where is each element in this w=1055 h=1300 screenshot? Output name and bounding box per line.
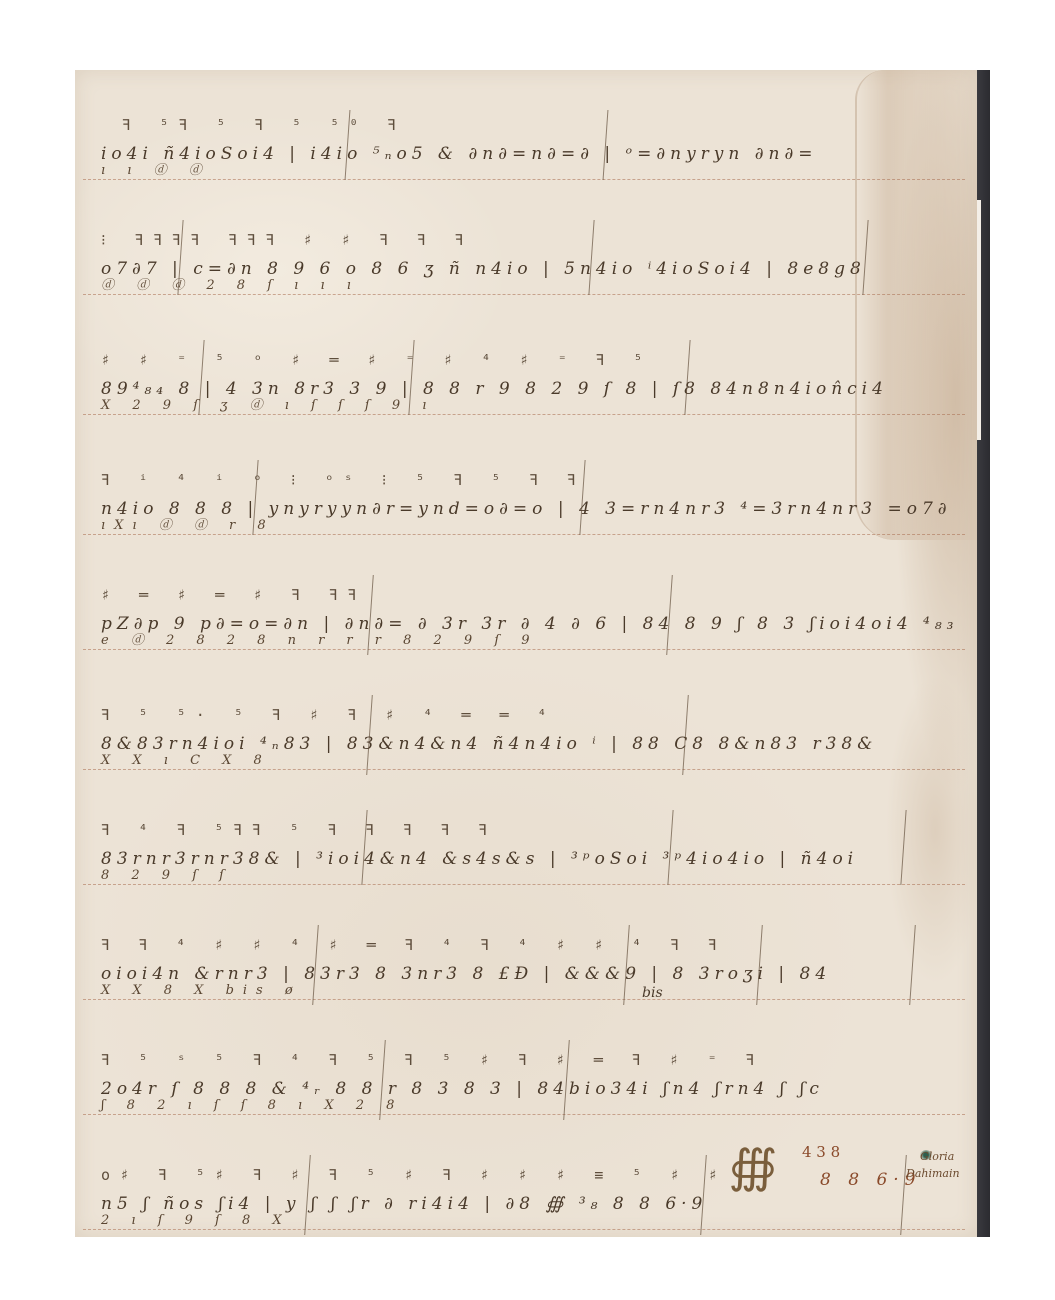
lower-voice-signs: X X ı C X 8 (101, 753, 271, 768)
tablature-system-9: ꟻ ⁵ ˢ ⁵ ꟻ ⁴ ꟻ ⁵ ꟻ ⁵ ♯ ꟻ ♯ ═ ꟻ ♯ ⁼ ꟻ 2o4r… (75, 1015, 977, 1115)
rhythm-signs: ♯ ♯ ⁼ ⁵ ᵒ ♯ ═ ♯ ⁼ ♯ ⁴ ♯ ⁼ ꟻ ⁵ (101, 351, 653, 369)
system-rule (83, 414, 965, 415)
system-rule (83, 534, 965, 535)
scan-edge-gap (977, 200, 981, 440)
lower-voice-signs: X 2 9 ſ ʒ ⓓ ı ſ ſ ſ 9 ı (101, 394, 435, 413)
final-flourish-icon: ∰ (718, 1135, 780, 1197)
tablature-system-8: ꟻ ꟻ ⁴ ♯ ♯ ⁴ ♯ ═ ꟻ ⁴ ꟻ ⁴ ♯ ♯ ⁴ ꟻ ꟻ oioi4n… (75, 900, 977, 1000)
tablature-system-3: ♯ ♯ ⁼ ⁵ ᵒ ♯ ═ ♯ ⁼ ♯ ⁴ ♯ ⁼ ꟻ ⁵ 89⁴₈₄ 8 | … (75, 315, 977, 415)
system-rule (83, 884, 965, 885)
rhythm-signs: ♯ ═ ♯ ═ ♯ ꟻ ꟻꟻ (101, 586, 366, 604)
rhythm-signs: ꟻ ⁵ ˢ ⁵ ꟻ ⁴ ꟻ ⁵ ꟻ ⁵ ♯ ꟻ ♯ ═ ꟻ ♯ ⁼ ꟻ (101, 1051, 764, 1069)
rhythm-signs: ⠀ꟻ ⁵ꟻ ⁵ ꟻ ⁵ ⁵⁰ ꟻ (101, 116, 406, 134)
tablature-systems: ⠀ꟻ ⁵ꟻ ⁵ ꟻ ⁵ ⁵⁰ ꟻ io4i ñ4ioSoi4 | i4io ⁵ₙ… (75, 70, 977, 1237)
scan-edge-strip (977, 70, 990, 1237)
system-rule (83, 769, 965, 770)
lower-voice-signs: ʃ 8 2 ı ſ ſ 8 ı X 2 8 (101, 1098, 403, 1113)
system-rule (83, 1114, 965, 1115)
rhythm-signs: ꟻ ⁴ ꟻ ⁵ꟻꟻ ⁵ ꟻ ꟻ ꟻ ꟻ ꟻ (101, 821, 497, 839)
barline (667, 810, 673, 885)
bis-repeat-marker: bis (642, 985, 663, 1001)
tablature-system-4: ꟻ ⁱ ⁴ ⁱ ᵒ ⁝ ᵒˢ ⁝ ⁵ ꟻ ⁵ ꟻ ꟻ n4io 8 8 8 | … (75, 435, 977, 535)
barline (862, 220, 868, 295)
lower-voice-signs: ⓓ ⓓ ⓓ 2 8 ſ ı ı ı (101, 274, 360, 293)
tablature-system-1: ⠀ꟻ ⁵ꟻ ⁵ ꟻ ⁵ ⁵⁰ ꟻ io4i ñ4ioSoi4 | i4io ⁵ₙ… (75, 80, 977, 180)
barline (588, 220, 594, 295)
lower-voice-signs: X X 8 X bis ø (101, 983, 302, 998)
tablature-system-7: ꟻ ⁴ ꟻ ⁵ꟻꟻ ⁵ ꟻ ꟻ ꟻ ꟻ ꟻ 83rnr3rnr38& | ³io… (75, 785, 977, 885)
system-rule (83, 179, 965, 180)
lower-voice-signs: e ⓓ 2 8 2 8 n r r r 8 2 9 ſ 9 (101, 629, 539, 648)
tablature-letters: 2o4r ſ 8 8 8 & ⁴ᵣ 8 8 r 8 3 8 3 | 84bio3… (101, 1079, 824, 1099)
signature-line-1: Gloria (906, 1148, 960, 1165)
tablature-letters: oioi4n &rnr3 | 83r3 8 3nr3 8 £Ð | &&&9 |… (101, 964, 831, 984)
rhythm-signs: ꟻ ⁱ ⁴ ⁱ ᵒ ⁝ ᵒˢ ⁝ ⁵ ꟻ ⁵ ꟻ ꟻ (101, 471, 586, 489)
tablature-letters: 8&83rn4ioi ⁴ₙ83 | 83&n4&n4 ñ4n4io ⁱ | 88… (101, 734, 877, 754)
lower-voice-signs: 2 ı ſ 9 ſ 8 X (101, 1213, 291, 1228)
tablature-letters: 83rnr3rnr38& | ³ioi4&n4 &s4s&s | ³ᵖoSoi … (101, 849, 858, 869)
barline (909, 925, 916, 1005)
barline (900, 810, 906, 885)
lower-voice-signs: 8 2 9 ſ ſ (101, 868, 233, 883)
lower-voice-signs: ıXı ⓓ ⓓ r 8 (101, 514, 275, 533)
system-rule (83, 1229, 965, 1230)
rhythm-signs: ⁝ ꟻꟻꟻꟻ ꟻꟻꟻ ♯ ♯ ꟻ ꟻ ꟻ (101, 231, 473, 249)
red-ink-figures: 4 3 8 (802, 1145, 840, 1159)
lower-voice-signs: ı ı ⓓ ⓓ (101, 159, 211, 178)
rhythm-signs: ꟻ ⁵ ⁵· ⁵ ꟻ ♯ ꟻ ♯ ⁴ ═ ═ ⁴ (101, 706, 557, 724)
tablature-system-5: ♯ ═ ♯ ═ ♯ ꟻ ꟻꟻ pZ∂p 9 p∂=o=∂n | ∂n∂= ∂ 3… (75, 550, 977, 650)
tablature-system-2: ⁝ ꟻꟻꟻꟻ ꟻꟻꟻ ♯ ♯ ꟻ ꟻ ꟻ o7∂7 | c=∂n 8 9 6 o… (75, 195, 977, 295)
barline (684, 340, 690, 415)
system-rule (83, 649, 965, 650)
signature-line-2: Dahimain (906, 1165, 960, 1182)
rhythm-signs: ꟻ ꟻ ⁴ ♯ ♯ ⁴ ♯ ═ ꟻ ⁴ ꟻ ⁴ ♯ ♯ ⁴ ꟻ ꟻ (101, 936, 727, 954)
signature: Gloria Dahimain (906, 1148, 960, 1182)
tablature-letters: n5 ʃ ños ʃi4 | y ʃ ʃ ʃr ∂ ri4i4 | ∂8 ∰ ³… (101, 1194, 707, 1214)
system-rule (83, 294, 965, 295)
tablature-system-6: ꟻ ⁵ ⁵· ⁵ ꟻ ♯ ꟻ ♯ ⁴ ═ ═ ⁴ 8&83rn4ioi ⁴ₙ83… (75, 670, 977, 770)
rhythm-signs: o♯ ꟻ ⁵♯ ꟻ ♯ ꟻ ⁵ ♯ ꟻ ♯ ♯ ♯ ≡ ⁵ ♯ ♯ (101, 1166, 727, 1184)
system-rule (83, 999, 965, 1000)
